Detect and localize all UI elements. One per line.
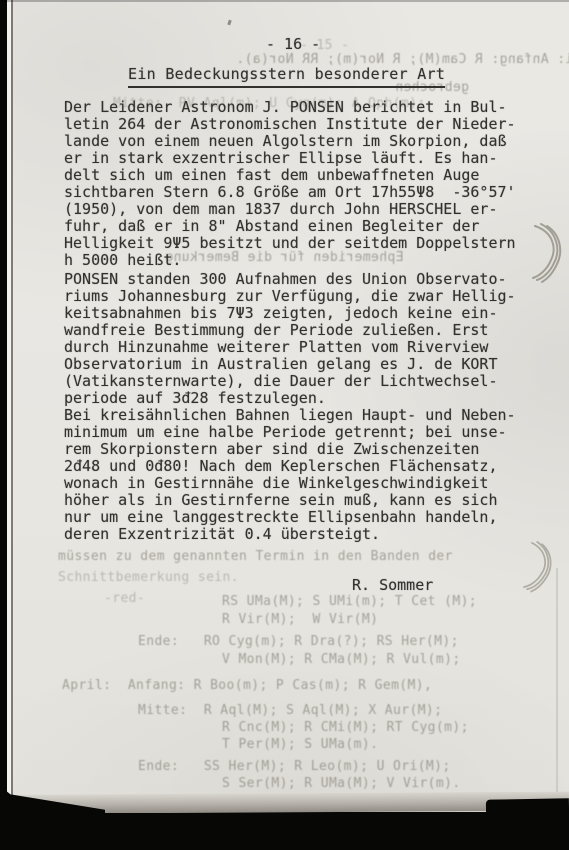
ghost-text-line: April: Anfang: R Boo(m); P Cas(m); R Gem… xyxy=(62,678,432,693)
scan-black-area xyxy=(0,813,569,850)
page-number: - 16 - xyxy=(266,36,320,53)
author-signature: R. Sommer xyxy=(352,577,433,594)
ghost-text-line: S Ser(M); R UMa(M); V Vir(m). xyxy=(222,776,461,791)
book-spine-line xyxy=(11,0,13,812)
ghost-text-line: -red- xyxy=(104,591,145,606)
ghost-text-line: R Cnc(M); R CMi(M); RT Cyg(m); xyxy=(222,720,469,735)
ghost-text-line: Ende: SS Her(M); R Leo(m); U Ori(M); xyxy=(138,759,451,774)
paragraph-1: Der Leidener Astronom J. PONSEN berichte… xyxy=(64,99,516,269)
paragraph-3: Bei kreisähnlichen Bahnen liegen Haupt- … xyxy=(64,407,516,543)
ghost-text-line: R Vir(M); W Vir(M) xyxy=(222,612,378,627)
page-fold-shadow xyxy=(556,568,558,806)
ghost-text-line: Schnittbemerkung sein. xyxy=(58,570,239,585)
scan-black-blob xyxy=(486,798,569,819)
ghost-text-line: Mitte: R Aql(M); S Aql(M); X Aur(M); xyxy=(138,703,442,718)
ghost-text-line: V Mon(M); R CMa(M); R Vul(m); xyxy=(222,652,461,667)
scanned-page: - 15 - Mai: Anfang: R Cam(M); R Nor(m); … xyxy=(0,0,569,850)
article-title: Ein Bedeckungsstern besonderer Art xyxy=(128,66,445,88)
ghost-text-line: müssen zu dem genannten Termin in den Ba… xyxy=(58,549,453,564)
scan-top-edge xyxy=(0,0,569,2)
ghost-text-line: Ende: RO Cyg(m); R Dra(?); RS Her(M); xyxy=(138,634,459,649)
ghost-text-line: T Per(M); S UMa(m). xyxy=(222,737,378,752)
emboss-swirl-mark xyxy=(527,222,563,286)
ghost-text-line: RS UMa(M); S UMi(m); T Cet (M); xyxy=(222,594,477,609)
paragraph-2: PONSEN standen 300 Aufnahmen des Union O… xyxy=(64,271,516,407)
